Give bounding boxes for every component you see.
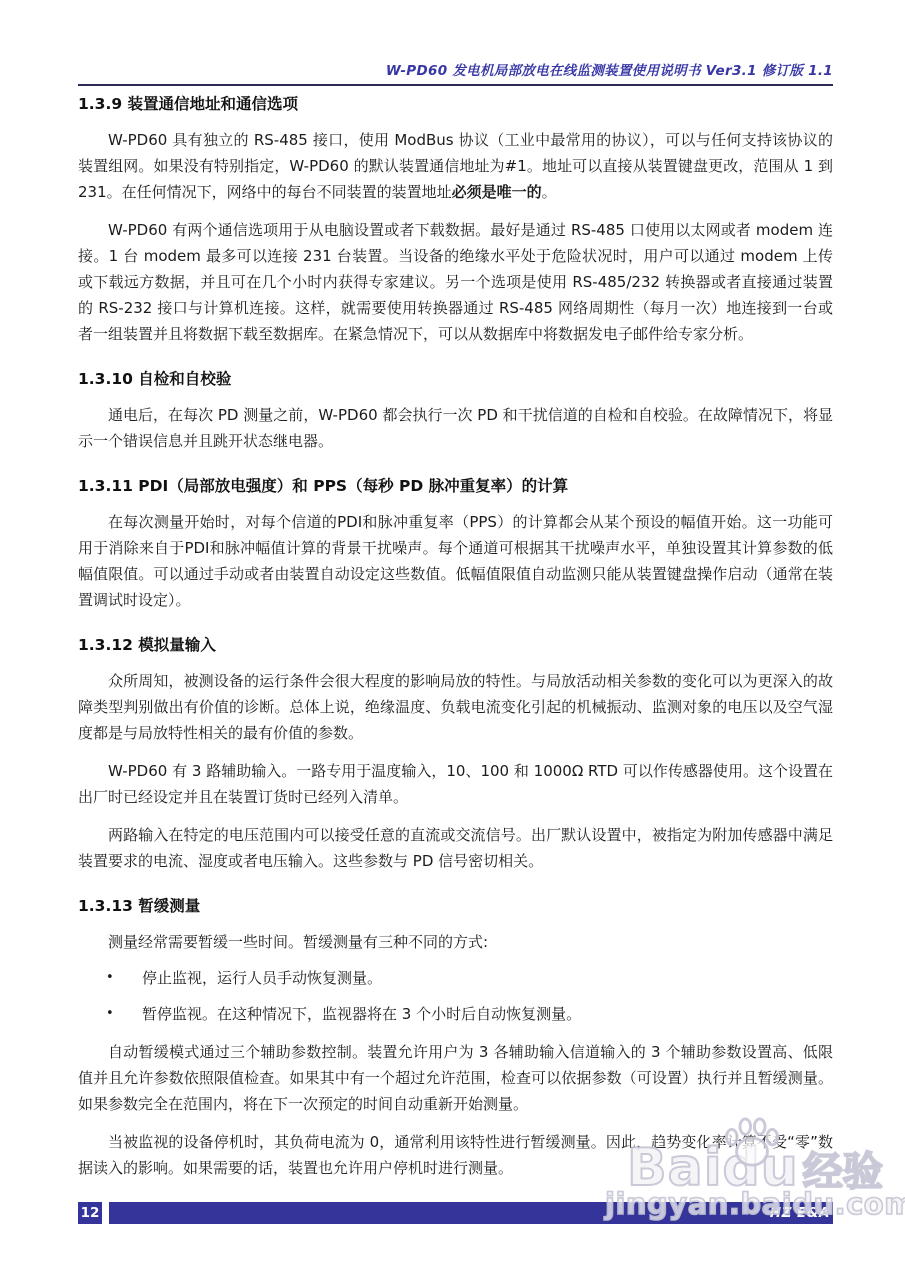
- paragraph-1-3-13-3: 当被监视的设备停机时，其负荷电流为 0，通常利用该特性进行暂缓测量。因此，趋势变…: [78, 1129, 833, 1181]
- section-heading-1-3-13: 1.3.13 暂缓测量: [78, 896, 833, 917]
- paragraph-1-3-13-1: 测量经常需要暂缓一些时间。暂缓测量有三种不同的方式:: [78, 929, 833, 955]
- paragraph-1-3-12-1: 众所周知，被测设备的运行条件会很大程度的影响局放的特性。与局放活动相关参数的变化…: [78, 668, 833, 746]
- paragraph-1-3-10-1: 通电后，在每次 PD 测量之前，W-PD60 都会执行一次 PD 和干扰信道的自…: [78, 402, 833, 454]
- bullet-icon: •: [78, 1001, 142, 1027]
- list-item-1: • 停止监视，运行人员手动恢复测量。: [78, 965, 833, 991]
- paragraph-text: 。: [542, 183, 557, 201]
- paragraph-1-3-12-2: W-PD60 有 3 路辅助输入。一路专用于温度输入，10、100 和 1000…: [78, 758, 833, 810]
- doc-title: W-PD60 发电机局部放电在线监测装置使用说明书 Ver3.1 修订版 1.1: [78, 62, 833, 80]
- paragraph-1-3-12-3: 两路输入在特定的电压范围内可以接受任意的直流或交流信号。出厂默认设置中，被指定为…: [78, 822, 833, 874]
- section-heading-1-3-9: 1.3.9 装置通信地址和通信选项: [78, 94, 833, 115]
- document-page: W-PD60 发电机局部放电在线监测装置使用说明书 Ver3.1 修订版 1.1…: [78, 0, 833, 1181]
- footer-bar: HZ E&A: [109, 1202, 833, 1224]
- paragraph-1-3-9-2: W-PD60 有两个通信选项用于从电脑设置或者下载数据。最好是通过 RS-485…: [78, 217, 833, 347]
- bold-phrase: 必须是唯一的: [452, 183, 542, 201]
- section-heading-1-3-12: 1.3.12 模拟量输入: [78, 635, 833, 656]
- page-number-badge: 12: [78, 1202, 102, 1224]
- bullet-icon: •: [78, 965, 142, 991]
- list-item-text: 暂停监视。在这种情况下，监视器将在 3 个小时后自动恢复测量。: [142, 1001, 581, 1027]
- list-item-text: 停止监视，运行人员手动恢复测量。: [142, 965, 382, 991]
- company-logo-text: HZ E&A: [770, 1205, 830, 1221]
- paragraph-1-3-11-1: 在每次测量开始时，对每个信道的PDI和脉冲重复率（PPS）的计算都会从某个预设的…: [78, 509, 833, 613]
- list-item-2: • 暂停监视。在这种情况下，监视器将在 3 个小时后自动恢复测量。: [78, 1001, 833, 1027]
- page-footer: 12 HZ E&A: [78, 1202, 833, 1224]
- section-heading-1-3-10: 1.3.10 自检和自校验: [78, 369, 833, 390]
- page-header: W-PD60 发电机局部放电在线监测装置使用说明书 Ver3.1 修订版 1.1: [78, 0, 833, 86]
- paragraph-1-3-13-2: 自动暂缓模式通过三个辅助参数控制。装置允许用户为 3 各辅助输入信道输入的 3 …: [78, 1039, 833, 1117]
- paragraph-1-3-9-1: W-PD60 具有独立的 RS-485 接口，使用 ModBus 协议（工业中最…: [78, 127, 833, 205]
- section-heading-1-3-11: 1.3.11 PDI（局部放电强度）和 PPS（每秒 PD 脉冲重复率）的计算: [78, 476, 833, 497]
